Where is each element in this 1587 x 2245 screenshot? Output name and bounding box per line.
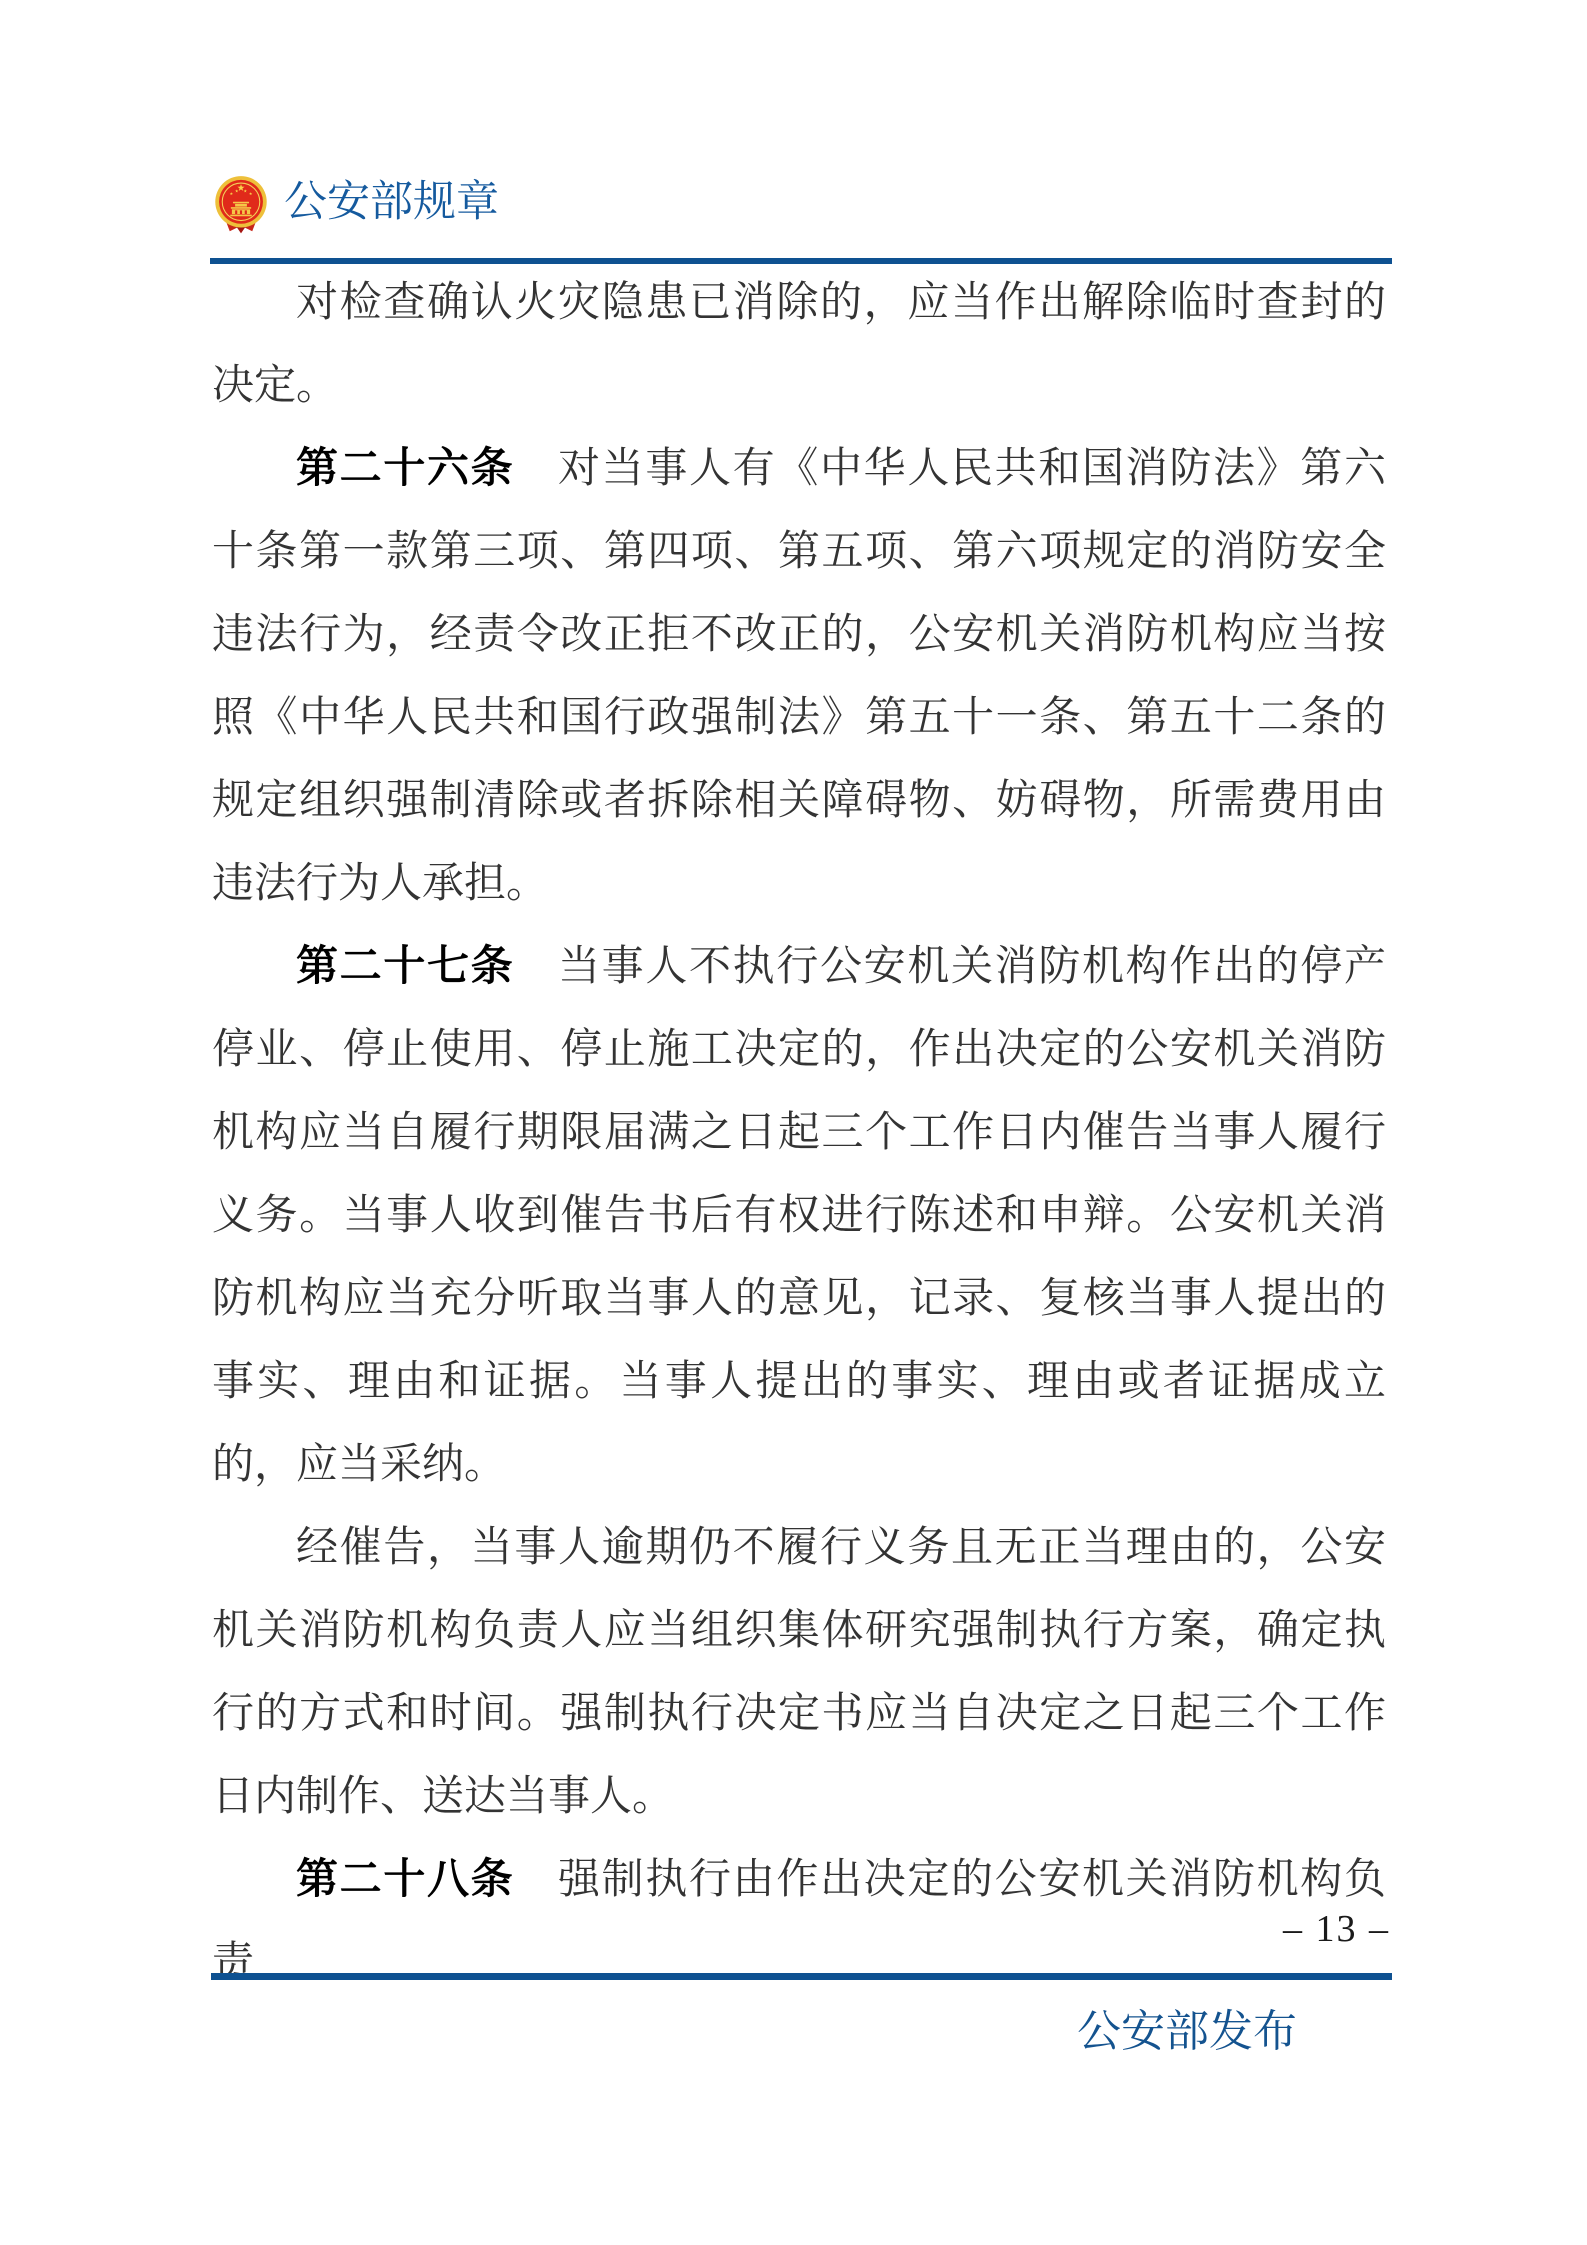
document-body: 对检查确认火灾隐患已消除的，应当作出解除临时查封的决定。 第二十六条 对当事人有…: [212, 262, 1386, 2005]
document-page: 公安部规章 对检查确认火灾隐患已消除的，应当作出解除临时查封的决定。 第二十六条…: [0, 0, 1587, 2245]
article-number: 第二十六条: [296, 446, 558, 492]
national-emblem-icon: [214, 175, 268, 235]
paragraph-text: 对当事人有《中华人民共和国消防法》第六十条第一款第三项、第四项、第五项、第六项规…: [212, 446, 1386, 907]
paragraph: 第二十六条 对当事人有《中华人民共和国消防法》第六十条第一款第三项、第四项、第五…: [212, 428, 1386, 926]
paragraph-text: 对检查确认火灾隐患已消除的，应当作出解除临时查封的决定。: [212, 280, 1386, 409]
page-title: 公安部规章: [284, 181, 499, 224]
publisher-label: 公安部发布: [1077, 2010, 1297, 2054]
paragraph-text: 当事人不执行公安机关消防机构作出的停产停业、停止使用、停止施工决定的，作出决定的…: [212, 944, 1386, 1488]
paragraph-text: 经催告，当事人逾期仍不履行义务且无正当理由的，公安机关消防机构负责人应当组织集体…: [212, 1525, 1386, 1820]
article-number: 第二十八条: [296, 1857, 558, 1903]
article-number: 第二十七条: [296, 944, 558, 990]
paragraph: 经催告，当事人逾期仍不履行义务且无正当理由的，公安机关消防机构负责人应当组织集体…: [212, 1507, 1386, 1839]
page-number: – 13 –: [1283, 1910, 1390, 1948]
paragraph: 第二十八条 强制执行由作出决定的公安机关消防机构负责: [212, 1839, 1386, 2005]
footer-divider: [211, 1973, 1392, 1980]
paragraph: 对检查确认火灾隐患已消除的，应当作出解除临时查封的决定。: [212, 262, 1386, 428]
paragraph: 第二十七条 当事人不执行公安机关消防机构作出的停产停业、停止使用、停止施工决定的…: [212, 926, 1386, 1507]
